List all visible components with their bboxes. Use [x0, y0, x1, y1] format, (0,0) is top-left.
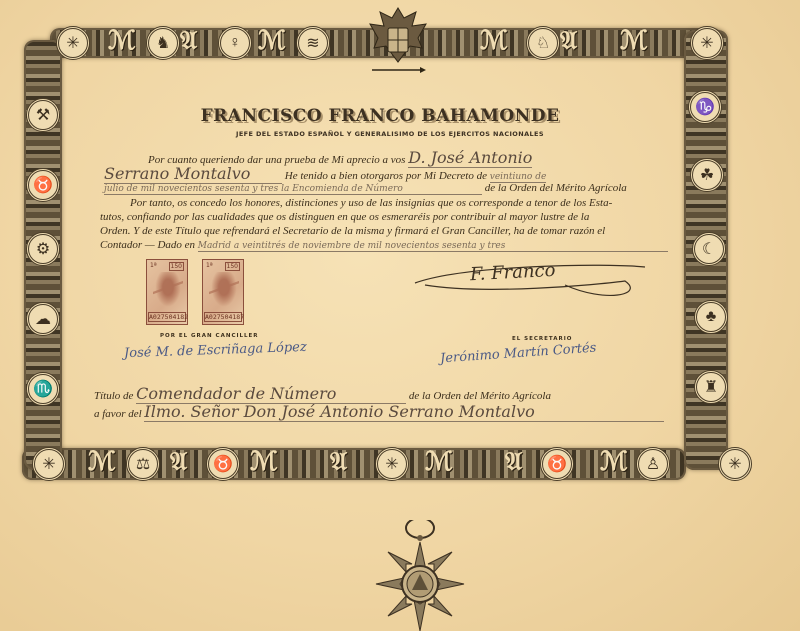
wheat-medallion-icon: ✳ [375, 447, 409, 481]
body-line-2: Serrano Montalvo He tenido a bien otorga… [104, 164, 546, 184]
allegory-figure-icon [153, 272, 183, 310]
monogram-bottom-4: 𝔄 [330, 447, 345, 478]
order-medal-icon [372, 520, 468, 631]
award-grade-hand: Comendador de Número [136, 384, 406, 404]
moon-medallion-icon: ☾ [692, 232, 726, 266]
tree-medallion-icon: ♣ [694, 300, 728, 334]
horse-medallion-icon: ♘ [526, 26, 560, 60]
monogram-top-5: 𝔄 [560, 26, 575, 57]
recipient-full-name-hand: Ilmo. Señor Don José Antonio Serrano Mon… [144, 402, 664, 422]
plough-medallion-icon: ⚒ [26, 98, 60, 132]
document-subtitle: JEFE DEL ESTADO ESPAÑOL Y GENERALISIMO D… [180, 130, 600, 138]
grapes-medallion-icon: ☘ [690, 158, 724, 192]
fiscal-stamp-1: 1ª 150 A027504182 [146, 259, 188, 325]
recipient-surname-hand: Serrano Montalvo [104, 164, 282, 184]
allegory-figure-icon [209, 272, 239, 310]
monogram-bottom-6: 𝔄 [505, 447, 520, 478]
gran-canciller-caption: POR EL GRAN CANCILLER [160, 333, 259, 339]
farmer-medallion-icon: ♙ [636, 447, 670, 481]
tractor-medallion-icon: ⚙ [26, 232, 60, 266]
bull-medallion-icon: ♉ [206, 447, 240, 481]
monogram-top-2: 𝔄 [180, 26, 195, 57]
wheat-medallion-icon: ✳ [32, 447, 66, 481]
bird-medallion-icon: ♜ [694, 370, 728, 404]
monogram-top-4: ℳ [480, 26, 506, 56]
border-bottom [22, 448, 686, 480]
title-line: Título de Comendador de Número de la Ord… [94, 384, 551, 404]
plough-medallion-icon: ♞ [146, 26, 180, 60]
scales-medallion-icon: ⚖ [126, 447, 160, 481]
secretario-signature: Jerónimo Martín Cortés [440, 341, 597, 367]
figure-medallion-icon: ♀ [218, 26, 252, 60]
monogram-bottom-7: ℳ [600, 447, 626, 477]
monogram-bottom-3: ℳ [250, 447, 276, 477]
document-title: FRANCISCO FRANCO BAHAMONDE [200, 106, 560, 126]
body-line-7: Contador — Dado en Madrid a veintitrés d… [100, 239, 668, 252]
monogram-top-1: ℳ [108, 26, 134, 56]
wheat-medallion-icon: ✳ [718, 447, 752, 481]
scorpion-medallion-icon: ♏ [26, 372, 60, 406]
monogram-bottom-5: ℳ [425, 447, 451, 477]
body-line-3: julio de mil novecientos sesenta y tres … [104, 182, 627, 195]
body-line-6: Orden. Y de este Título que refrendará e… [100, 225, 605, 237]
goat-medallion-icon: ♑ [688, 90, 722, 124]
monogram-bottom-2: 𝔄 [170, 447, 185, 478]
favor-line: a favor del Ilmo. Señor Don José Antonio… [94, 402, 664, 422]
date-place-hand: Madrid a veintitrés de noviembre de mil … [198, 241, 668, 252]
eagle-coat-of-arms-icon [360, 4, 436, 80]
wheat-medallion-icon: ✳ [56, 26, 90, 60]
body-line-5: tutos, confiando por las cualidades que … [100, 211, 589, 223]
bull-medallion-icon: ♉ [540, 447, 574, 481]
fiscal-stamp-2: 1ª 150 A027504187 [202, 259, 244, 325]
certificate-paper: ℳ 𝔄 ℳ ℳ 𝔄 ℳ ℳ 𝔄 ℳ 𝔄 ℳ 𝔄 ℳ ✳ ♞ ♀ ≋ ♘ ✳ ✳ … [0, 0, 800, 631]
secretario-caption: EL SECRETARIO [512, 336, 572, 342]
monogram-top-3: ℳ [258, 26, 284, 56]
sheep-medallion-icon: ☁ [26, 302, 60, 336]
monogram-top-6: ℳ [620, 26, 646, 56]
fish-medallion-icon: ≋ [296, 26, 330, 60]
wheat-medallion-icon: ✳ [690, 26, 724, 60]
body-line-4: Por tanto, os concedo los honores, disti… [130, 197, 612, 209]
gran-canciller-signature: José M. de Escriñaga López [124, 340, 307, 361]
cow-medallion-icon: ♉ [26, 168, 60, 202]
monogram-bottom-1: ℳ [88, 447, 114, 477]
signature-flourish-icon [405, 255, 665, 305]
